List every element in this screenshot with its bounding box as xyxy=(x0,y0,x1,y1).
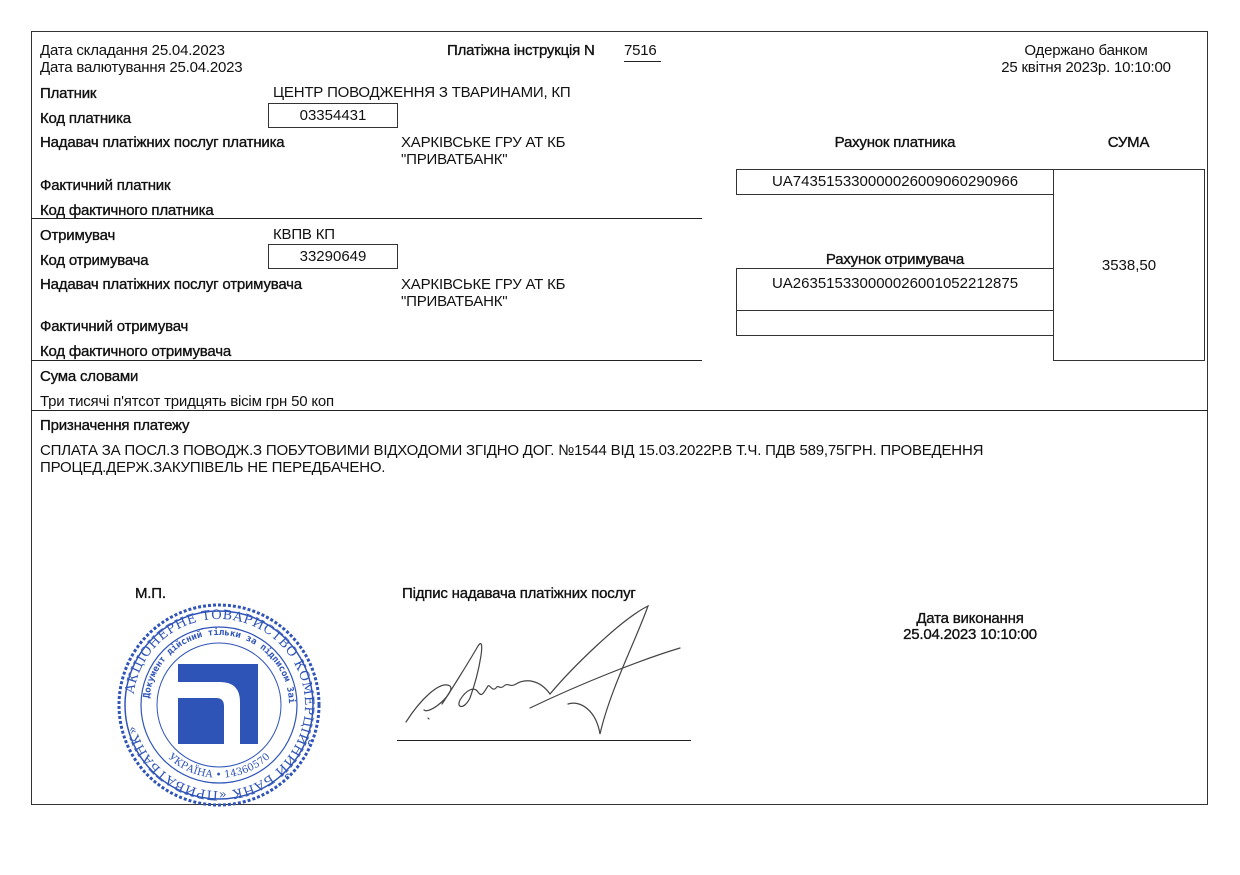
date-value-value: 25.04.2023 xyxy=(169,59,242,76)
received-label: Одержано банком xyxy=(970,42,1202,59)
words-divider xyxy=(31,410,1208,411)
payer-name: ЦЕНТР ПОВОДЖЕННЯ З ТВАРИНАМИ, КП xyxy=(273,84,571,101)
date-compiled-label: Дата складання xyxy=(40,42,148,59)
purpose-label: Призначення платежу xyxy=(40,417,189,434)
payer-provider-label: Надавач платіжних послуг платника xyxy=(40,134,284,151)
purpose-line2: ПРОЦЕД.ДЕРЖ.ЗАКУПІВЕЛЬ НЕ ПЕРЕДБАЧЕНО. xyxy=(40,459,385,476)
recipient-label: Отримувач xyxy=(40,227,115,244)
amount-box: 3538,50 xyxy=(1053,169,1205,361)
actual-recipient-label: Фактичний отримувач xyxy=(40,318,188,335)
purpose-line1: СПЛАТА ЗА ПОСЛ.З ПОВОДЖ.З ПОБУТОВИМИ ВІД… xyxy=(40,442,983,459)
date-value-label: Дата валютування xyxy=(40,59,165,76)
recipient-provider-line2: "ПРИВАТБАНК" xyxy=(401,293,507,310)
recipient-name: КВПВ КП xyxy=(273,226,335,243)
signature-line xyxy=(397,740,691,741)
recipient-account-box: UA263515330000026001052212875 xyxy=(736,268,1054,311)
recipient-divider xyxy=(31,360,702,361)
amount-words-label: Сума словами xyxy=(40,368,138,385)
received-datetime: 25 квітня 2023р. 10:10:00 xyxy=(970,59,1202,76)
recipient-provider-line1: ХАРКІВСЬКЕ ГРУ АТ КБ xyxy=(401,276,565,293)
recipient-code-label: Код отримувача xyxy=(40,252,148,269)
recipient-provider-label: Надавач платіжних послуг отримувача xyxy=(40,276,302,293)
recipient-code-box: 33290649 xyxy=(268,244,398,269)
signature xyxy=(400,600,700,745)
privatbank-seal-icon: АКЦІОНЕРНЕ ТОВАРИСТВО КОМЕРЦІЙНИЙ БАНК «… xyxy=(116,602,322,808)
payer-label: Платник xyxy=(40,85,96,102)
instruction-number: 7516 xyxy=(624,42,661,62)
execution-datetime: 25.04.2023 10:10:00 xyxy=(870,626,1070,643)
recipient-account-extra-box xyxy=(736,310,1054,336)
payer-code-label: Код платника xyxy=(40,110,131,127)
svg-text:УКРАЇНА • 14360570: УКРАЇНА • 14360570 xyxy=(166,751,273,780)
actual-payer-code-label: Код фактичного платника xyxy=(40,202,213,219)
recipient-account-label: Рахунок отримувача xyxy=(737,251,1053,268)
payer-divider xyxy=(31,218,702,219)
signature-scribble-icon xyxy=(400,600,700,740)
payer-provider-line1: ХАРКІВСЬКЕ ГРУ АТ КБ xyxy=(401,134,565,151)
date-compiled-value: 25.04.2023 xyxy=(152,42,225,59)
payer-account-box: UA743515330000026009060290966 xyxy=(736,169,1054,195)
payer-code-box: 03354431 xyxy=(268,103,398,128)
amount-words: Три тисячі п'ятсот тридцять вісім грн 50… xyxy=(40,393,334,410)
date-value: Дата валютування 25.04.2023 xyxy=(40,59,242,76)
actual-recipient-code-label: Код фактичного отримувача xyxy=(40,343,231,360)
date-compiled: Дата складання 25.04.2023 xyxy=(40,42,225,59)
payer-provider-line2: "ПРИВАТБАНК" xyxy=(401,151,507,168)
amount-label: СУМА xyxy=(1053,134,1204,151)
instruction-title: Платіжна інструкція N xyxy=(447,42,595,59)
payer-account-label: Рахунок платника xyxy=(737,134,1053,151)
bank-stamp: АКЦІОНЕРНЕ ТОВАРИСТВО КОМЕРЦІЙНИЙ БАНК «… xyxy=(116,602,322,813)
seal-label: М.П. xyxy=(135,585,166,602)
actual-payer-label: Фактичний платник xyxy=(40,177,170,194)
execution-label: Дата виконання xyxy=(870,610,1070,627)
